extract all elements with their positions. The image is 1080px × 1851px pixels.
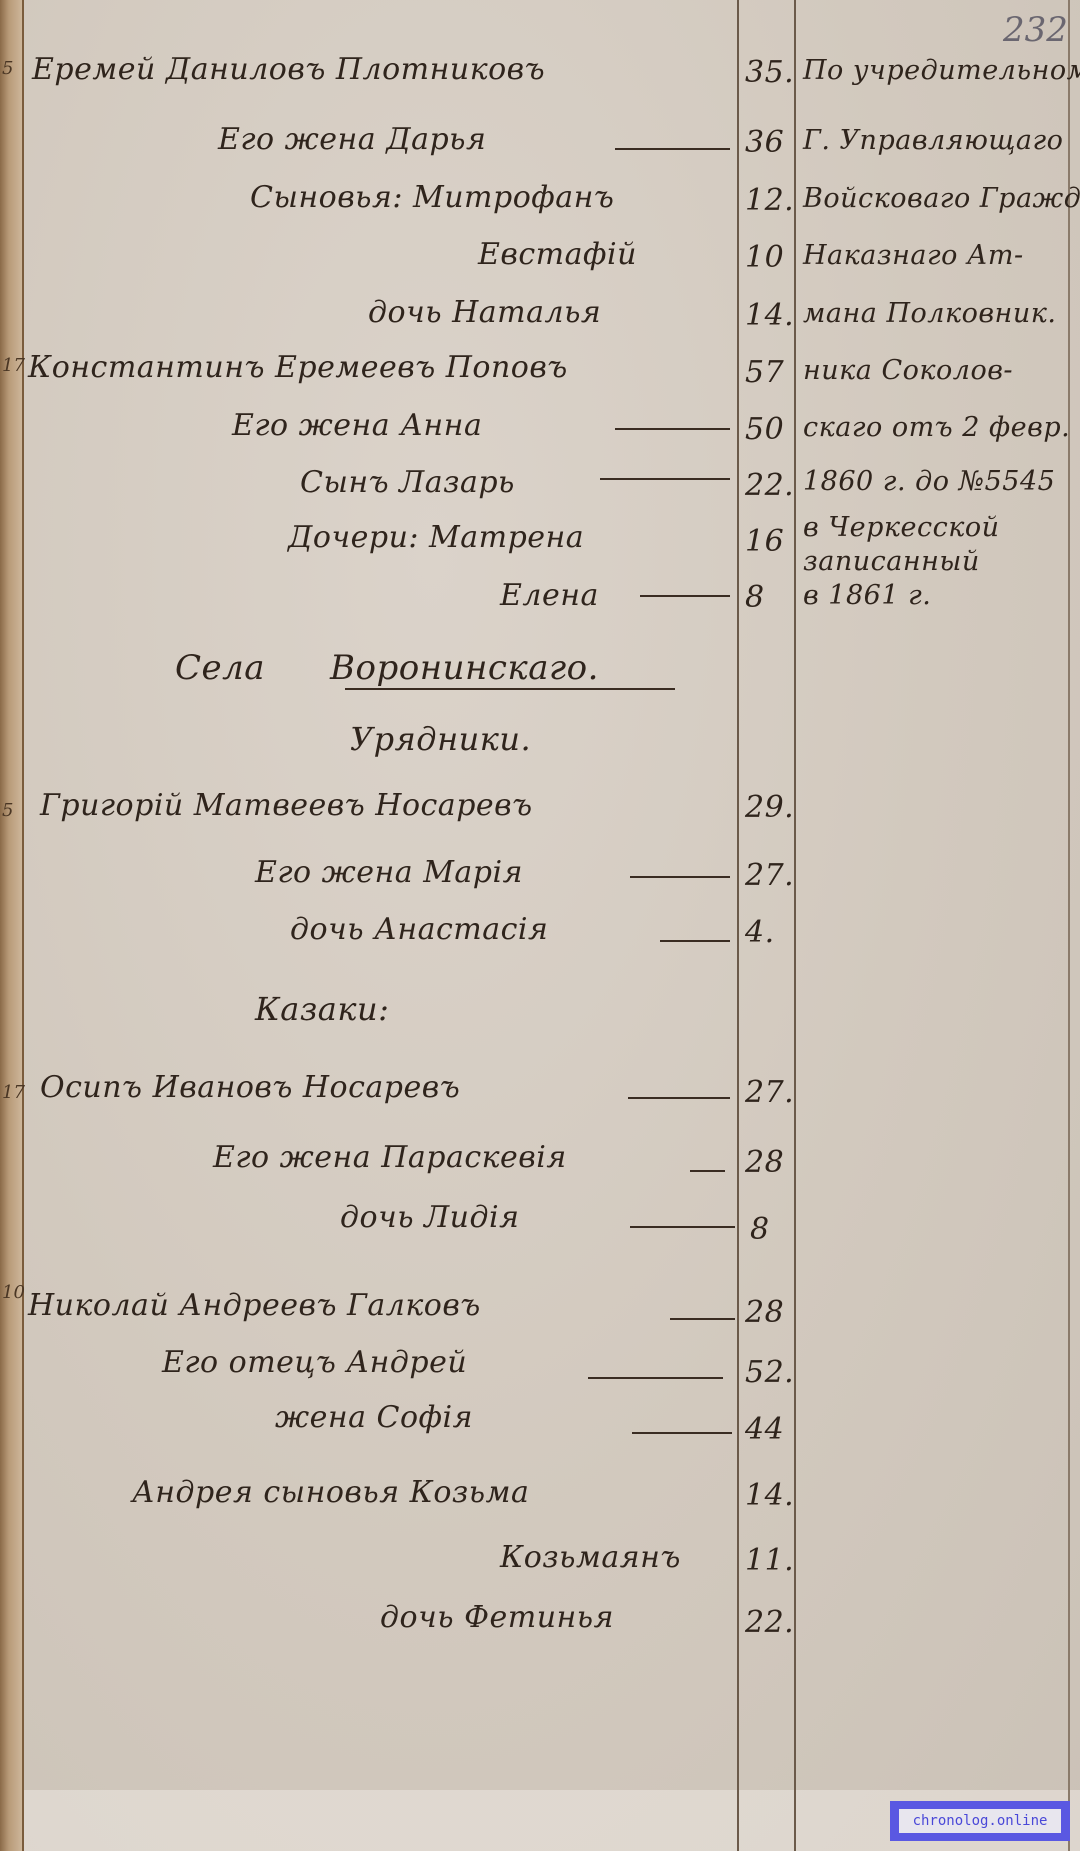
remark-line: ника Соколов- [803, 355, 1013, 386]
entry-age: 35. [745, 55, 794, 90]
remark-line: скаго отъ 2 февр. [803, 412, 1070, 443]
entry-age: 10 [745, 240, 784, 275]
entry-age: 52. [745, 1355, 794, 1390]
entry-age: 27. [745, 1075, 794, 1110]
entry-age: 22. [745, 468, 794, 503]
section-title-name: Воронинскаго. [330, 648, 599, 688]
subgroup-heading: Урядники. [350, 720, 531, 758]
watermark-badge: chronolog.online [890, 1801, 1070, 1841]
entry-age: 29. [745, 790, 794, 825]
entry-name: Его жена Дарья [218, 122, 486, 157]
margin-number: 10 [2, 1282, 25, 1303]
remark-line: Войсковаго Гражданск. [803, 183, 1080, 214]
dash-line [615, 428, 730, 430]
entry-name: Его жена Марiя [255, 855, 523, 890]
entry-name: Сынъ Лазарь [300, 465, 515, 500]
entry-age: 8 [745, 580, 765, 615]
entry-name: дочь Наталья [368, 295, 601, 330]
entry-age: 8 [750, 1212, 770, 1247]
age-column-left-rule [737, 0, 739, 1851]
entry-name: Сыновья: Митрофанъ [250, 180, 614, 215]
dash-line [632, 1432, 732, 1434]
dash-line [690, 1170, 725, 1172]
entry-age: 14. [745, 1478, 794, 1513]
entry-age: 22. [745, 1605, 794, 1640]
entry-name: Еремей Даниловъ Плотниковъ [32, 52, 545, 87]
dash-line [628, 1097, 730, 1099]
watermark-text: chronolog.online [899, 1809, 1061, 1833]
margin-number: 17 [2, 1082, 25, 1103]
margin-number: 17 [2, 355, 25, 376]
entry-name: Андрея сыновья Козьма [132, 1475, 529, 1510]
section-title-underline [345, 688, 675, 690]
age-column-right-rule [794, 0, 796, 1851]
remark-line: мана Полковник. [803, 298, 1056, 329]
entry-age: 27. [745, 858, 794, 893]
entry-age: 44 [745, 1412, 784, 1447]
remark-line: записанный [803, 546, 980, 577]
entry-name: дочь Анастасiя [290, 912, 548, 947]
dash-line [630, 876, 730, 878]
entry-name: Его жена Анна [232, 408, 482, 443]
dash-line [670, 1318, 735, 1320]
entry-name: дочь Лидiя [340, 1200, 519, 1235]
entry-age: 12. [745, 183, 794, 218]
left-margin-rule [22, 0, 24, 1851]
entry-age: 50 [745, 412, 784, 447]
entry-name: Николай Андреевъ Галковъ [28, 1288, 481, 1323]
subgroup-heading: Казаки: [255, 990, 389, 1028]
dash-line [615, 148, 730, 150]
dash-line [660, 940, 730, 942]
entry-name: Его жена Параскевiя [213, 1140, 567, 1175]
entry-name: дочь Фетинья [380, 1600, 614, 1635]
remark-line: в Черкесской [803, 512, 1000, 543]
dash-line [600, 478, 730, 480]
entry-name: Елена [500, 578, 599, 613]
entry-name: жена Софiя [275, 1400, 473, 1435]
entry-age: 16 [745, 524, 784, 559]
entry-name: Дочери: Матрена [288, 520, 584, 555]
dash-line [630, 1226, 735, 1228]
entry-age: 14. [745, 298, 794, 333]
page-number: 232 [1003, 10, 1068, 50]
entry-age: 4. [745, 915, 775, 950]
remark-line: Г. Управляющаго [803, 125, 1063, 156]
remark-line: 1860 г. до №5545 [803, 466, 1055, 497]
dash-line [640, 595, 730, 597]
entry-age: 28 [745, 1145, 784, 1180]
book-binding-edge [0, 0, 22, 1851]
dash-line [588, 1377, 723, 1379]
remark-line: Наказнаго Ат- [803, 240, 1024, 271]
manuscript-page: 232 5 17 5 17 10 Еремей Даниловъ Плотник… [0, 0, 1080, 1851]
margin-number: 5 [2, 800, 13, 821]
entry-name: Евстафiй [478, 237, 637, 272]
entry-name: Григорiй Матвеевъ Носаревъ [40, 788, 533, 823]
section-title-prefix: Села [175, 648, 265, 688]
entry-age: 57 [745, 355, 784, 390]
entry-age: 36 [745, 125, 784, 160]
margin-number: 5 [2, 58, 13, 79]
remark-line: По учредительному [803, 55, 1080, 86]
remarks-column-right-rule [1068, 0, 1070, 1851]
entry-name: Осипъ Ивановъ Носаревъ [40, 1070, 460, 1105]
entry-name: Его отецъ Андрей [162, 1345, 467, 1380]
entry-name: Козьмаянъ [500, 1540, 681, 1575]
remark-line: в 1861 г. [803, 580, 931, 611]
entry-age: 11. [745, 1543, 794, 1578]
entry-age: 28 [745, 1295, 784, 1330]
entry-name: Константинъ Еремеевъ Поповъ [28, 350, 568, 385]
